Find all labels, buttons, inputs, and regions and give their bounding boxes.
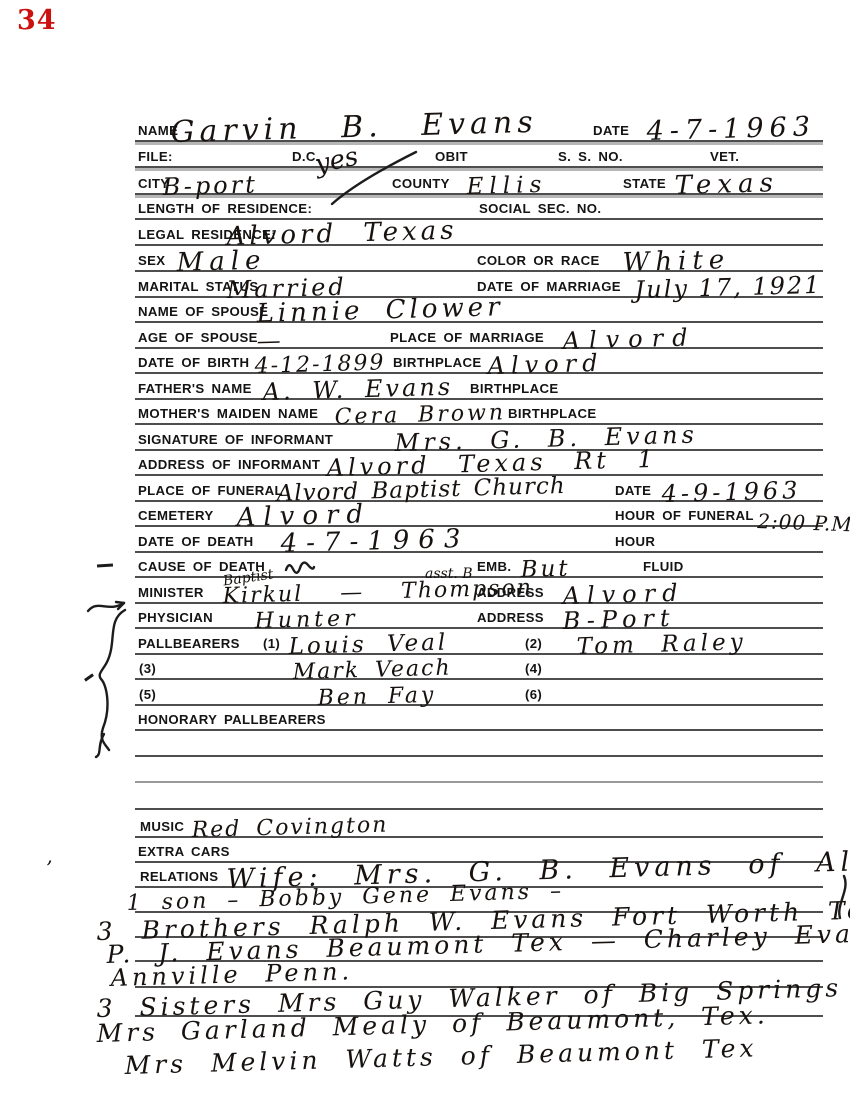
pallbearer-4-num: (4) (525, 661, 542, 676)
row-date-of-birth: DATE OF BIRTH 4-12-1899 BIRTHPLACE Alvor… (135, 349, 823, 374)
row-minister: MINISTER Kirkul — Thompson asst. B ADDRE… (135, 578, 823, 604)
hour-of-funeral-label: HOUR OF FUNERAL (615, 508, 754, 523)
row-cause-of-death: CAUSE OF DEATH Baptist EMB. But FLUID (135, 553, 823, 578)
pallbearers-label: PALLBEARERS (138, 636, 240, 651)
vet-label: VET. (710, 149, 739, 164)
row-age-of-spouse: AGE OF SPOUSE — PLACE OF MARRIAGE Alvord (135, 323, 823, 349)
blank-ruled-line (135, 757, 823, 783)
name-of-spouse-label: NAME OF SPOUSE (138, 304, 268, 319)
scanned-funeral-record-page: 34 NAME Garvin B. Evans DATE 4-7-1963 FI… (0, 0, 850, 1100)
color-or-race-label: COLOR OR RACE (477, 253, 600, 268)
fathers-birthplace-label: BIRTHPLACE (470, 381, 559, 396)
date-value: 4-7-1963 (646, 113, 816, 145)
blank-ruled-line (135, 731, 823, 757)
row-sex-race: SEX Male COLOR OR RACE White (135, 246, 823, 272)
mothers-maiden-name-label: MOTHER'S MAIDEN NAME (138, 406, 318, 421)
pallbearer-5-num: (5) (139, 687, 156, 702)
birthplace-label: BIRTHPLACE (393, 355, 482, 370)
row-relations-line-4: P. J. Evans Beaumont Tex — Charley Evans (135, 938, 823, 962)
row-pallbearers-1-2: PALLBEARERS (1) Louis Veal (2) Tom Raley (135, 629, 823, 655)
page-number: 34 (17, 5, 57, 36)
pallbearer-6-num: (6) (525, 687, 542, 702)
row-file: FILE: D.C. yes OBIT S. S. NO. VET. (135, 142, 823, 168)
address-of-informant-label: ADDRESS OF INFORMANT (138, 457, 320, 472)
minister-note: asst. B (425, 566, 473, 582)
dash-mark (97, 563, 113, 567)
emb-label: EMB. (477, 559, 511, 574)
row-legal-residence: LEGAL RESIDENCE: Alvord Texas (135, 220, 823, 246)
date-of-death-label: DATE OF DEATH (138, 534, 254, 549)
pen-flourish-mark (330, 148, 420, 208)
brace-mark (92, 608, 136, 758)
mothers-birthplace-label: BIRTHPLACE (508, 406, 597, 421)
minister-label: MINISTER (138, 585, 204, 600)
row-name-of-spouse: NAME OF SPOUSE Linnie Clower (135, 298, 823, 323)
date-of-birth-label: DATE OF BIRTH (138, 355, 249, 370)
row-fathers-name: FATHER'S NAME A. W. Evans BIRTHPLACE (135, 374, 823, 400)
place-of-funeral-label: PLACE OF FUNERAL (138, 483, 283, 498)
minister-address-label: ADDRESS (477, 585, 544, 600)
pallbearer-3-num: (3) (139, 661, 156, 676)
row-physician: PHYSICIAN Hunter ADDRESS B-Port (135, 604, 823, 629)
length-of-residence-label: LENGTH OF RESIDENCE: (138, 201, 312, 216)
extra-cars-label: EXTRA CARS (138, 844, 230, 859)
row-relations-line-8: Mrs Melvin Watts of Beaumont Tex (135, 1048, 823, 1082)
fluid-label: FLUID (643, 559, 684, 574)
pallbearer-1-num: (1) (263, 636, 280, 651)
blank-ruled-line (135, 783, 823, 810)
relations-label: RELATIONS (140, 869, 218, 884)
row-signature-of-informant: SIGNATURE OF INFORMANT Mrs. G. B. Evans (135, 425, 823, 451)
state-label: STATE (623, 176, 666, 191)
relations-flourish-mark (830, 874, 850, 922)
row-pallbearers-5-6: (5) Ben Fay (6) (135, 680, 823, 706)
cemetery-label: CEMETERY (138, 508, 214, 523)
apostrophe-mark: ’ (46, 856, 52, 880)
cause-of-death-scribble (285, 560, 315, 574)
row-cemetery: CEMETERY Alvord HOUR OF FUNERAL 2:00 P.M… (135, 502, 823, 527)
funeral-date-label: DATE (615, 483, 651, 498)
row-mothers-maiden-name: MOTHER'S MAIDEN NAME Cera Brown BIRTHPLA… (135, 400, 823, 425)
hour-label: HOUR (615, 534, 655, 549)
row-name-date: NAME Garvin B. Evans DATE 4-7-1963 (135, 115, 823, 142)
honorary-pallbearers-label: HONORARY PALLBEARERS (138, 712, 326, 727)
row-music: MUSIC Red Covington (135, 810, 823, 838)
physician-label: PHYSICIAN (138, 610, 213, 625)
relations-line-5: Annville Penn. (110, 959, 353, 990)
date-label: DATE (593, 123, 629, 138)
obit-label: OBIT (435, 149, 468, 164)
place-of-marriage-label: PLACE OF MARRIAGE (390, 330, 544, 345)
file-label: FILE: (138, 149, 173, 164)
ssn-label: S. S. NO. (558, 149, 623, 164)
sex-label: SEX (138, 253, 165, 268)
row-place-of-funeral: PLACE OF FUNERAL Alvord Baptist Church D… (135, 476, 823, 502)
row-honorary-pallbearers: HONORARY PALLBEARERS (135, 706, 823, 731)
row-pallbearers-3-4: (3) Mark Veach (4) (135, 655, 823, 680)
signature-of-informant-label: SIGNATURE OF INFORMANT (138, 432, 333, 447)
age-of-spouse-label: AGE OF SPOUSE (138, 330, 258, 345)
row-length-of-residence: LENGTH OF RESIDENCE: SOCIAL SEC. NO. (135, 195, 823, 220)
physician-address-label: ADDRESS (477, 610, 544, 625)
social-sec-no-label: SOCIAL SEC. NO. (479, 201, 601, 216)
music-label: MUSIC (140, 819, 184, 834)
row-date-of-death: DATE OF DEATH 4-7-1963 HOUR (135, 527, 823, 553)
row-address-of-informant: ADDRESS OF INFORMANT Alvord Texas Rt 1 (135, 451, 823, 476)
row-city-county-state: CITY B-port COUNTY Ellis STATE Texas (135, 168, 823, 195)
pallbearer-2-num: (2) (525, 636, 542, 651)
fathers-name-label: FATHER'S NAME (138, 381, 252, 396)
